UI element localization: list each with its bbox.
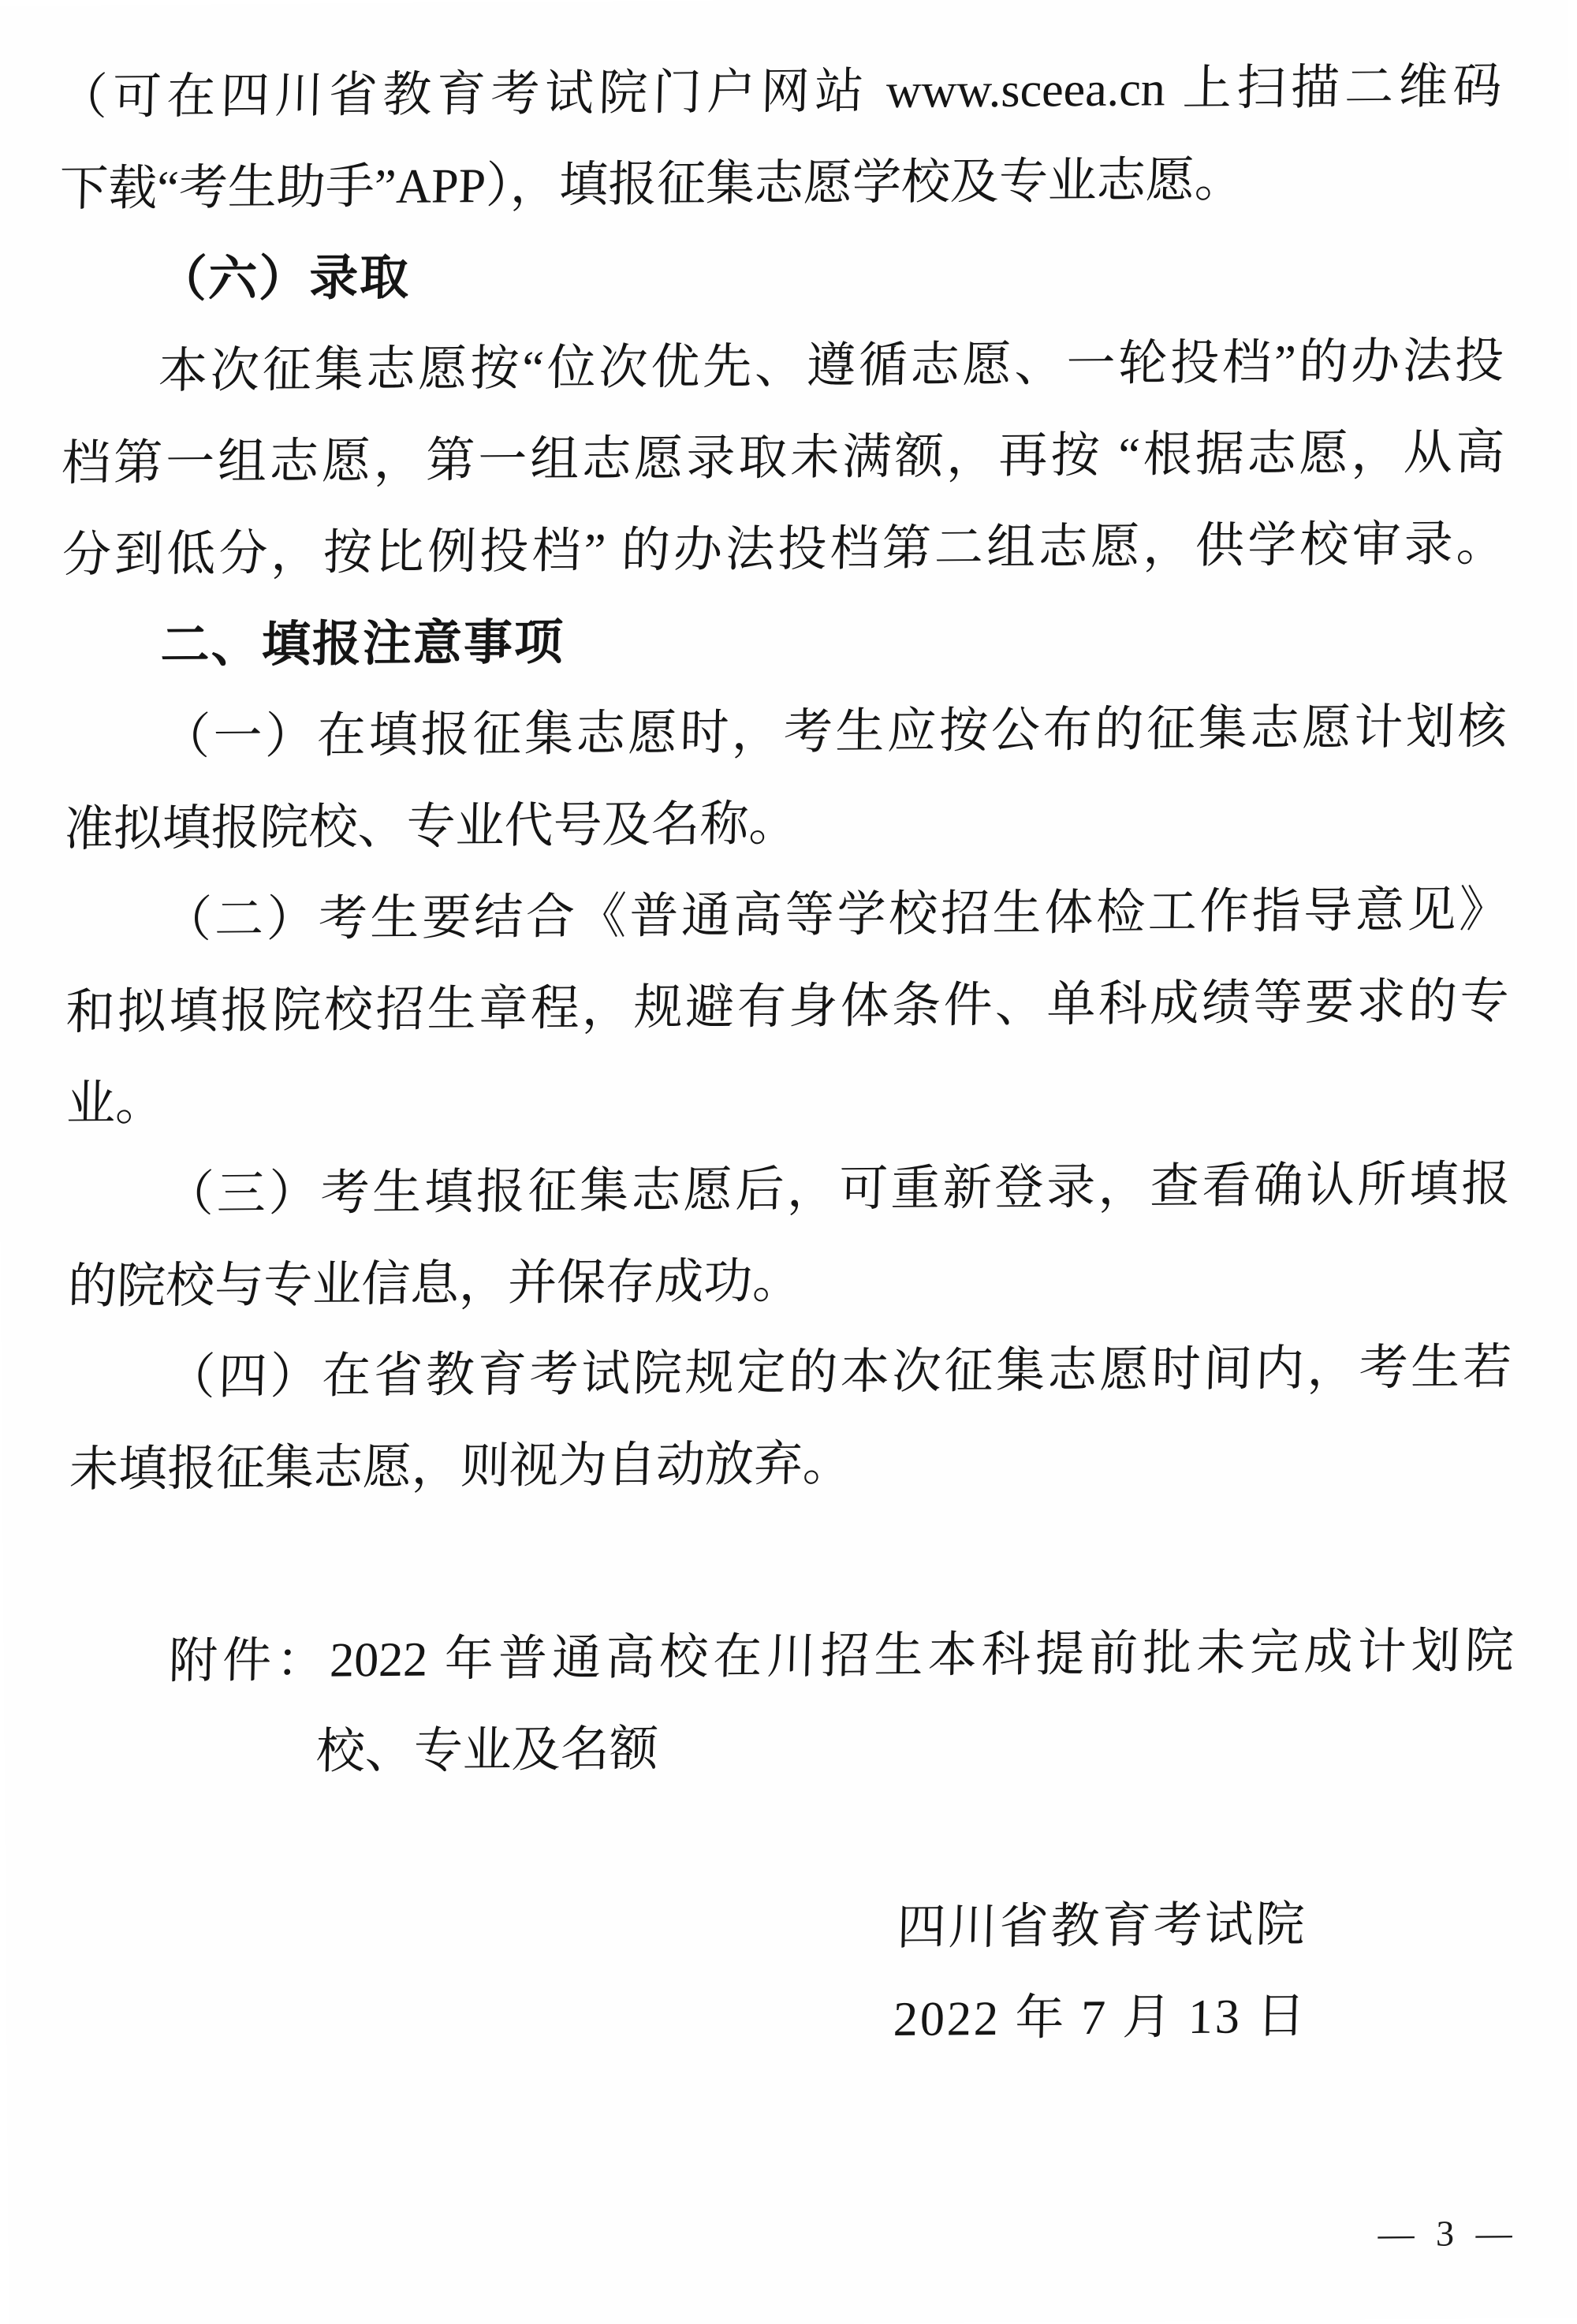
intro-line-2: 下载“考生助手”APP），填报征集志愿学校及专业志愿。: [58, 132, 1504, 235]
paragraph-intro-continuation: （可在四川省教育考试院门户网站 www.sceea.cn 上扫描二维码 下载“考…: [58, 41, 1503, 235]
note-one-line-2: 准拟填报院校、专业代号及名称。: [63, 773, 1508, 875]
paragraph-admission-method: 本次征集志愿按“位次优先、遵循志愿、一轮投档”的办法投 档第一组志愿，第一组志愿…: [61, 315, 1506, 601]
chapter-heading-notes: 二、填报注意事项: [62, 590, 1507, 692]
note-three-line-2: 的院校与专业信息，并保存成功。: [67, 1230, 1512, 1333]
attachment-note: 附件：2022 年普通高校在川招生本科提前批未完成计划院 校、专业及名额: [168, 1606, 1515, 1799]
attachment-line-1: 附件：2022 年普通高校在川招生本科提前批未完成计划院: [168, 1606, 1515, 1707]
signature-date: 2022 年 7 月 13 日: [73, 1971, 1309, 2072]
paragraph-note-three: （三）考生填报征集志愿后，可重新登录，查看确认所填报 的院校与专业信息，并保存成…: [67, 1139, 1512, 1333]
paragraph-note-one: （一）在填报征集志愿时，考生应按公布的征集志愿计划核 准拟填报院校、专业代号及名…: [63, 681, 1508, 875]
paragraph-note-two: （二）考生要结合《普通高等学校招生体检工作指导意见》 和拟填报院校招生章程，规避…: [65, 864, 1510, 1150]
admission-line-3: 分到低分，按比例投档” 的办法投档第二组志愿，供学校审录。: [62, 498, 1507, 601]
document-body: （可在四川省教育考试院门户网站 www.sceea.cn 上扫描二维码 下载“考…: [0, 0, 1577, 2072]
intro-line-1: （可在四川省教育考试院门户网站 www.sceea.cn 上扫描二维码: [58, 41, 1503, 144]
note-two-line-3: 业。: [65, 1047, 1511, 1150]
attachment-line-2: 校、专业及名额: [168, 1697, 1515, 1799]
signature-block: 四川省教育考试院 2022 年 7 月 13 日: [73, 1878, 1517, 2072]
note-one-line-1: （一）在填报征集志愿时，考生应按公布的征集志愿计划核: [62, 681, 1508, 784]
note-four-line-2: 未填报征集志愿，则视为自动放弃。: [69, 1413, 1514, 1516]
document-page: （可在四川省教育考试院门户网站 www.sceea.cn 上扫描二维码 下载“考…: [0, 0, 1577, 2324]
note-two-line-2: 和拟填报院校招生章程，规避有身体条件、单科成绩等要求的专: [65, 956, 1510, 1058]
section-heading-six-admission: （六）录取: [59, 224, 1504, 326]
admission-line-2: 档第一组志愿，第一组志愿录取未满额，再按 “根据志愿，从高: [61, 407, 1506, 509]
admission-line-1: 本次征集志愿按“位次优先、遵循志愿、一轮投档”的办法投: [60, 315, 1505, 418]
note-two-line-1: （二）考生要结合《普通高等学校招生体检工作指导意见》: [64, 864, 1509, 967]
note-three-line-1: （三）考生填报征集志愿后，可重新登录，查看确认所填报: [66, 1139, 1512, 1241]
paragraph-note-four: （四）在省教育考试院规定的本次征集志愿时间内，考生若 未填报征集志愿，则视为自动…: [69, 1322, 1513, 1516]
note-four-line-1: （四）在省教育考试院规定的本次征集志愿时间内，考生若: [68, 1322, 1513, 1424]
signature-issuer: 四川省教育考试院: [72, 1879, 1308, 1980]
page-number: — 3 —: [1378, 2212, 1519, 2255]
